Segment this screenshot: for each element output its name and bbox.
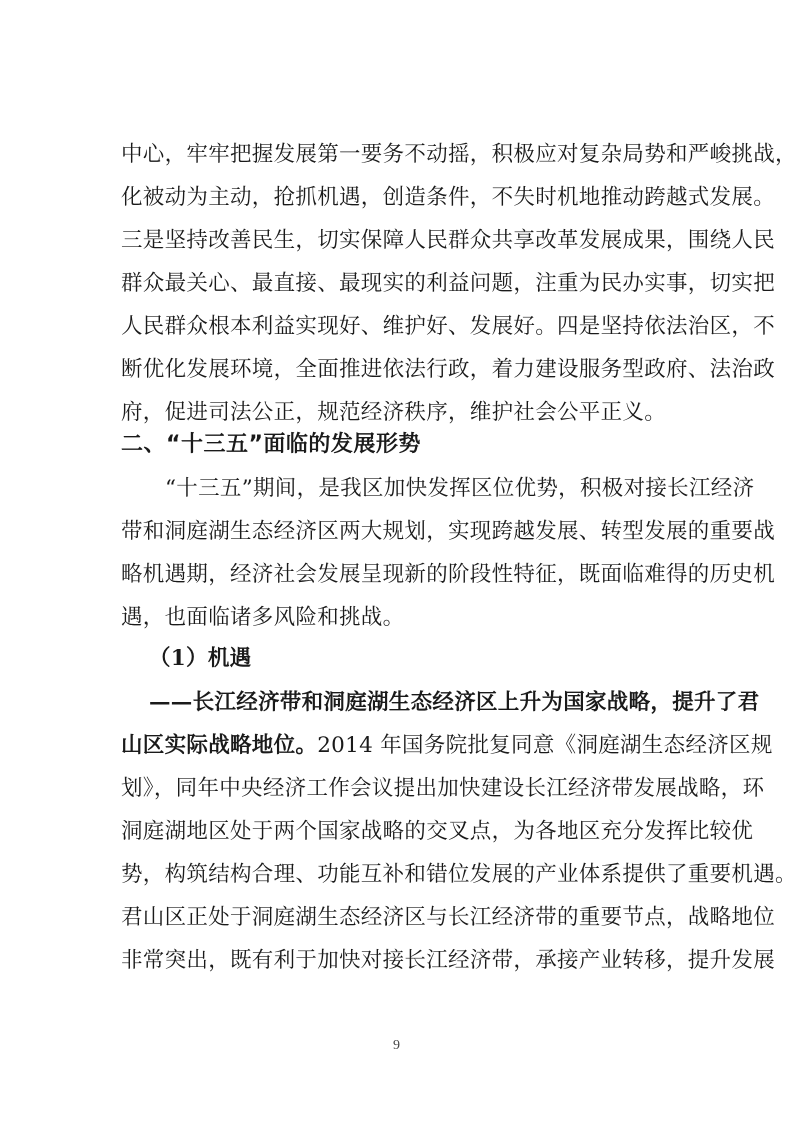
paragraph-line-mixed: 山区实际战略地位。2014 年国务院批复同意《洞庭湖生态经济区规 — [121, 731, 673, 761]
paragraph-bold-lead: ——长江经济带和洞庭湖生态经济区上升为国家战略，提升了君 — [149, 688, 673, 718]
paragraph-line: 化被动为主动，抢抓机遇，创造条件，不失时机地推动跨越式发展。 — [121, 183, 673, 213]
paragraph-line: “十三五”期间，是我区加快发挥区位优势，积极对接长江经济 — [165, 474, 673, 504]
paragraph-line: 非常突出，既有利于加快对接长江经济带，承接产业转移，提升发展 — [121, 946, 673, 976]
paragraph-line: 遇，也面临诸多风险和挑战。 — [121, 603, 673, 633]
paragraph-line: 中心，牢牢把握发展第一要务不动摇，积极应对复杂局势和严峻挑战， — [121, 140, 673, 170]
paragraph-line: 略机遇期，经济社会发展呈现新的阶段性特征，既面临难得的历史机 — [121, 560, 673, 590]
paragraph-line: 三是坚持改善民生，切实保障人民群众共享改革发展成果，围绕人民 — [121, 226, 673, 256]
paragraph-line: 群众最关心、最直接、最现实的利益问题，注重为民办实事，切实把 — [121, 269, 673, 299]
line-text: 2014 年国务院批复同意《洞庭湖生态经济区规 — [317, 733, 772, 758]
paragraph-line: 人民群众根本利益实现好、维护好、发展好。四是坚持依法治区，不 — [121, 312, 673, 342]
paragraph-line: 势，构筑结构合理、功能互补和错位发展的产业体系提供了重要机遇。 — [121, 860, 673, 890]
paragraph-line: 府，促进司法公正，规范经济秩序，维护社会公平正义。 — [121, 398, 673, 428]
section-heading: 二、“十三五”面临的发展形势 — [121, 430, 673, 460]
subsection-heading: （1）机遇 — [149, 644, 449, 674]
paragraph-line: 洞庭湖地区处于两个国家战略的交叉点，为各地区充分发挥比较优 — [121, 817, 673, 847]
paragraph-line: 带和洞庭湖生态经济区两大规划，实现跨越发展、转型发展的重要战 — [121, 517, 673, 547]
paragraph-line: 君山区正处于洞庭湖生态经济区与长江经济带的重要节点，战略地位 — [121, 903, 673, 933]
paragraph-line: 划》，同年中央经济工作会议提出加快建设长江经济带发展战略，环 — [121, 774, 673, 804]
bold-lead-continuation: 山区实际战略地位。 — [121, 733, 317, 758]
paragraph-line: 断优化发展环境，全面推进依法行政，着力建设服务型政府、法治政 — [121, 355, 673, 385]
page-number: 9 — [0, 1038, 793, 1054]
